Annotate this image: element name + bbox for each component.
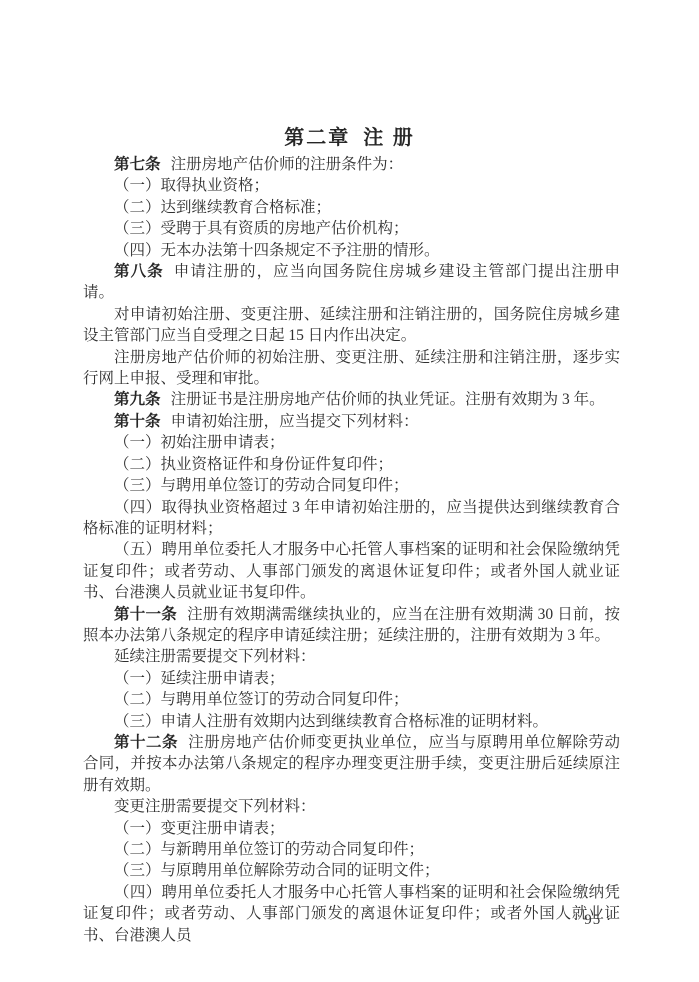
paragraph-text: （五）聘用单位委托人才服务中心托管人事档案的证明和社会保险缴纳凭证复印件；或者劳… <box>83 541 620 601</box>
page-footer: · 95 · <box>574 912 613 929</box>
paragraph: （一）取得执业资格； <box>83 175 620 196</box>
chapter-label: 第二章 <box>284 121 350 150</box>
paragraph-text: 变更注册需要提交下列材料： <box>114 798 316 815</box>
paragraph-text: 注册房地产估价师的注册条件为： <box>171 156 404 173</box>
paragraph-text: （二）与新聘用单位签订的劳动合同复印件； <box>114 841 424 858</box>
paragraph: （二）达到继续教育合格标准； <box>83 197 620 218</box>
paragraph-text: （一）取得执业资格； <box>114 177 269 194</box>
paragraph: （四）聘用单位委托人才服务中心托管人事档案的证明和社会保险缴纳凭证复印件；或者劳… <box>83 882 620 946</box>
paragraph-text: （一）延续注册申请表； <box>114 670 285 687</box>
paragraph-text: （二）与聘用单位签订的劳动合同复印件； <box>114 691 409 708</box>
paragraph-text: （三）申请人注册有效期内达到继续教育合格标准的证明材料。 <box>114 713 548 730</box>
paragraph: （一）变更注册申请表； <box>83 818 620 839</box>
paragraph: 第九条注册证书是注册房地产估价师的执业凭证。注册有效期为 3 年。 <box>83 389 620 410</box>
paragraph: 第七条注册房地产估价师的注册条件为： <box>83 154 620 175</box>
article-number: 第七条 <box>114 156 161 173</box>
paragraph-text: （一）变更注册申请表； <box>114 820 285 837</box>
paragraph: （四）无本办法第十四条规定不予注册的情形。 <box>83 240 620 261</box>
paragraph: （二）与聘用单位签订的劳动合同复印件； <box>83 689 620 710</box>
paragraph: 对申请初始注册、变更注册、延续注册和注销注册的，国务院住房城乡建设主管部门应当自… <box>83 304 620 347</box>
paragraph-text: 对申请初始注册、变更注册、延续注册和注销注册的，国务院住房城乡建设主管部门应当自… <box>83 306 620 344</box>
paragraph-text: （一）初始注册申请表； <box>114 434 285 451</box>
paragraph: （四）取得执业资格超过 3 年申请初始注册的，应当提供达到继续教育合格标准的证明… <box>83 497 620 540</box>
article-number: 第十二条 <box>114 734 178 751</box>
page-number: · 95 · <box>574 912 613 928</box>
paragraph: （三）与聘用单位签订的劳动合同复印件； <box>83 475 620 496</box>
paragraph: 第八条申请注册的，应当向国务院住房城乡建设主管部门提出注册申请。 <box>83 261 620 304</box>
paragraph: （三）申请人注册有效期内达到继续教育合格标准的证明材料。 <box>83 711 620 732</box>
paragraph: 第十一条注册有效期满需继续执业的，应当在注册有效期满 30 日前，按照本办法第八… <box>83 604 620 647</box>
paragraph-text: （三）与聘用单位签订的劳动合同复印件； <box>114 477 409 494</box>
paragraph: （三）受聘于具有资质的房地产估价机构； <box>83 218 620 239</box>
paragraph-text: 注册房地产估价师的初始注册、变更注册、延续注册和注销注册，逐步实行网上申报、受理… <box>83 349 620 387</box>
paragraph-text: （四）无本办法第十四条规定不予注册的情形。 <box>114 242 440 259</box>
document-body: 第七条注册房地产估价师的注册条件为： （一）取得执业资格； （二）达到继续教育合… <box>83 154 620 946</box>
paragraph: （三）与原聘用单位解除劳动合同的证明文件； <box>83 860 620 881</box>
paragraph-text: 注册证书是注册房地产估价师的执业凭证。注册有效期为 3 年。 <box>171 391 605 408</box>
paragraph: 第十二条注册房地产估价师变更执业单位，应当与原聘用单位解除劳动合同，并按本办法第… <box>83 732 620 796</box>
paragraph: （二）与新聘用单位签订的劳动合同复印件； <box>83 839 620 860</box>
paragraph-text: （三）与原聘用单位解除劳动合同的证明文件； <box>114 862 440 879</box>
article-number: 第八条 <box>114 263 164 280</box>
paragraph-text: （二）执业资格证件和身份证件复印件； <box>114 456 393 473</box>
article-number: 第十一条 <box>114 606 177 623</box>
paragraph-text: （四）聘用单位委托人才服务中心托管人事档案的证明和社会保险缴纳凭证复印件；或者劳… <box>83 884 620 944</box>
paragraph-text: （二）达到继续教育合格标准； <box>114 199 331 216</box>
paragraph: （一）初始注册申请表； <box>83 432 620 453</box>
paragraph: 注册房地产估价师的初始注册、变更注册、延续注册和注销注册，逐步实行网上申报、受理… <box>83 347 620 390</box>
chapter-title: 第二章 注 册 <box>0 121 699 150</box>
chapter-name: 注 册 <box>363 121 415 150</box>
paragraph: （二）执业资格证件和身份证件复印件； <box>83 454 620 475</box>
paragraph: （五）聘用单位委托人才服务中心托管人事档案的证明和社会保险缴纳凭证复印件；或者劳… <box>83 539 620 603</box>
paragraph: （一）延续注册申请表； <box>83 668 620 689</box>
paragraph-text: （三）受聘于具有资质的房地产估价机构； <box>114 220 409 237</box>
paragraph: 第十条申请初始注册，应当提交下列材料： <box>83 411 620 432</box>
paragraph-text: 申请初始注册，应当提交下列材料： <box>171 413 419 430</box>
paragraph: 变更注册需要提交下列材料： <box>83 796 620 817</box>
paragraph-text: 延续注册需要提交下列材料： <box>114 648 316 665</box>
paragraph: 延续注册需要提交下列材料： <box>83 646 620 667</box>
document-page: 第二章 注 册 第七条注册房地产估价师的注册条件为： （一）取得执业资格； （二… <box>0 0 699 982</box>
article-number: 第九条 <box>114 391 161 408</box>
paragraph-text: （四）取得执业资格超过 3 年申请初始注册的，应当提供达到继续教育合格标准的证明… <box>83 499 620 537</box>
article-number: 第十条 <box>114 413 161 430</box>
